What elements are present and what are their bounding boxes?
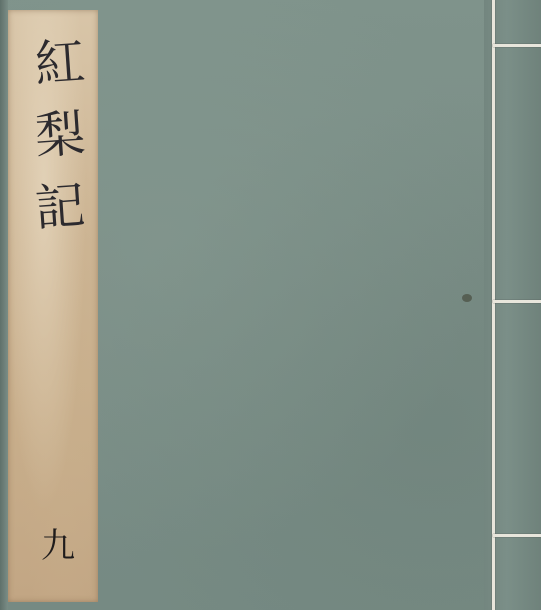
binding-thread-vertical: [492, 0, 495, 610]
volume-number: 九: [38, 518, 78, 567]
binding-thread-horizontal: [493, 44, 541, 47]
title-char: 記: [33, 180, 86, 233]
title-label-slip: 紅 梨 記 九: [8, 10, 98, 602]
title-char: 紅: [33, 36, 86, 89]
stain-mark: [462, 294, 472, 302]
binding-thread-horizontal: [493, 534, 541, 537]
binding-thread-horizontal: [493, 300, 541, 303]
title-char: 梨: [33, 108, 86, 161]
cover-edge: [0, 0, 8, 610]
book-title: 紅 梨 記: [30, 38, 90, 232]
